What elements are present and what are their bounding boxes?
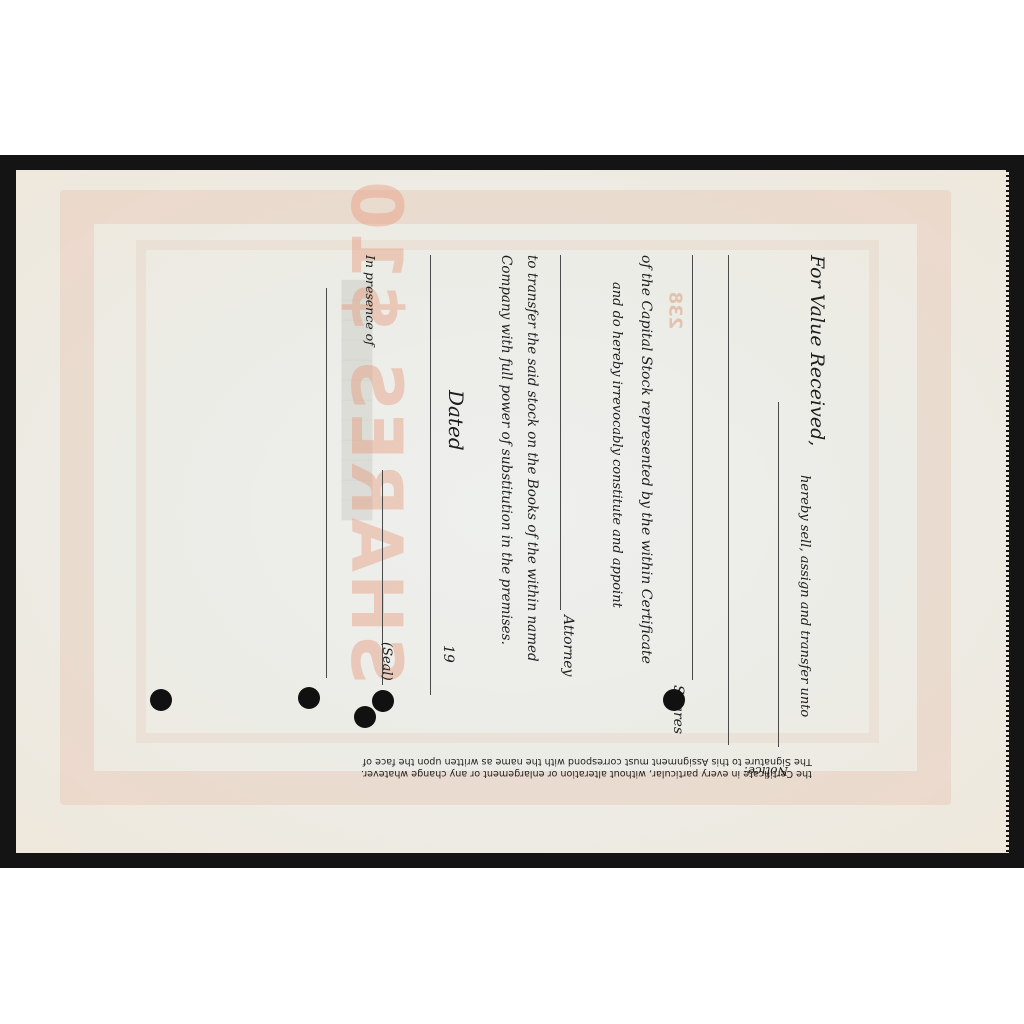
capital-stock-text: of the Capital Stock represented by the … bbox=[638, 255, 654, 664]
punch-hole bbox=[372, 690, 394, 712]
notice-label: Notice: bbox=[744, 764, 788, 778]
power-of-substitution-text: Company with full power of substitution … bbox=[498, 255, 514, 645]
seal-label: (Seal) bbox=[379, 642, 394, 681]
punch-hole bbox=[354, 706, 376, 728]
line-dated bbox=[430, 255, 431, 695]
transfer-on-books-text: to transfer the said stock on the Books … bbox=[524, 255, 540, 662]
sell-assign-transfer-text: hereby sell, assign and transfer unto bbox=[797, 475, 812, 717]
dated-label: Dated bbox=[444, 390, 468, 451]
line-attorney bbox=[560, 255, 561, 610]
certificate-paper: ████████████ SHARES $10 EACH 238 For Val… bbox=[16, 170, 1009, 853]
line-assignee-2 bbox=[728, 255, 729, 745]
for-value-received-text: For Value Received, bbox=[806, 255, 828, 446]
witness-label: In presence of bbox=[363, 255, 378, 346]
perforated-edge bbox=[1006, 170, 1009, 853]
year-prefix: 19 bbox=[440, 645, 456, 663]
punch-hole bbox=[298, 687, 320, 709]
punch-hole bbox=[663, 689, 685, 711]
punch-hole bbox=[150, 689, 172, 711]
line-assignee bbox=[778, 402, 779, 747]
show-through-shares-text: SHARES $10 EACH bbox=[321, 305, 431, 685]
attorney-label: Attorney bbox=[560, 615, 576, 676]
line-shares bbox=[692, 255, 693, 680]
line-witness bbox=[326, 288, 327, 678]
constitute-appoint-text: and do hereby irrevocably constitute and… bbox=[609, 282, 624, 608]
show-through-number: 238 bbox=[664, 292, 685, 330]
